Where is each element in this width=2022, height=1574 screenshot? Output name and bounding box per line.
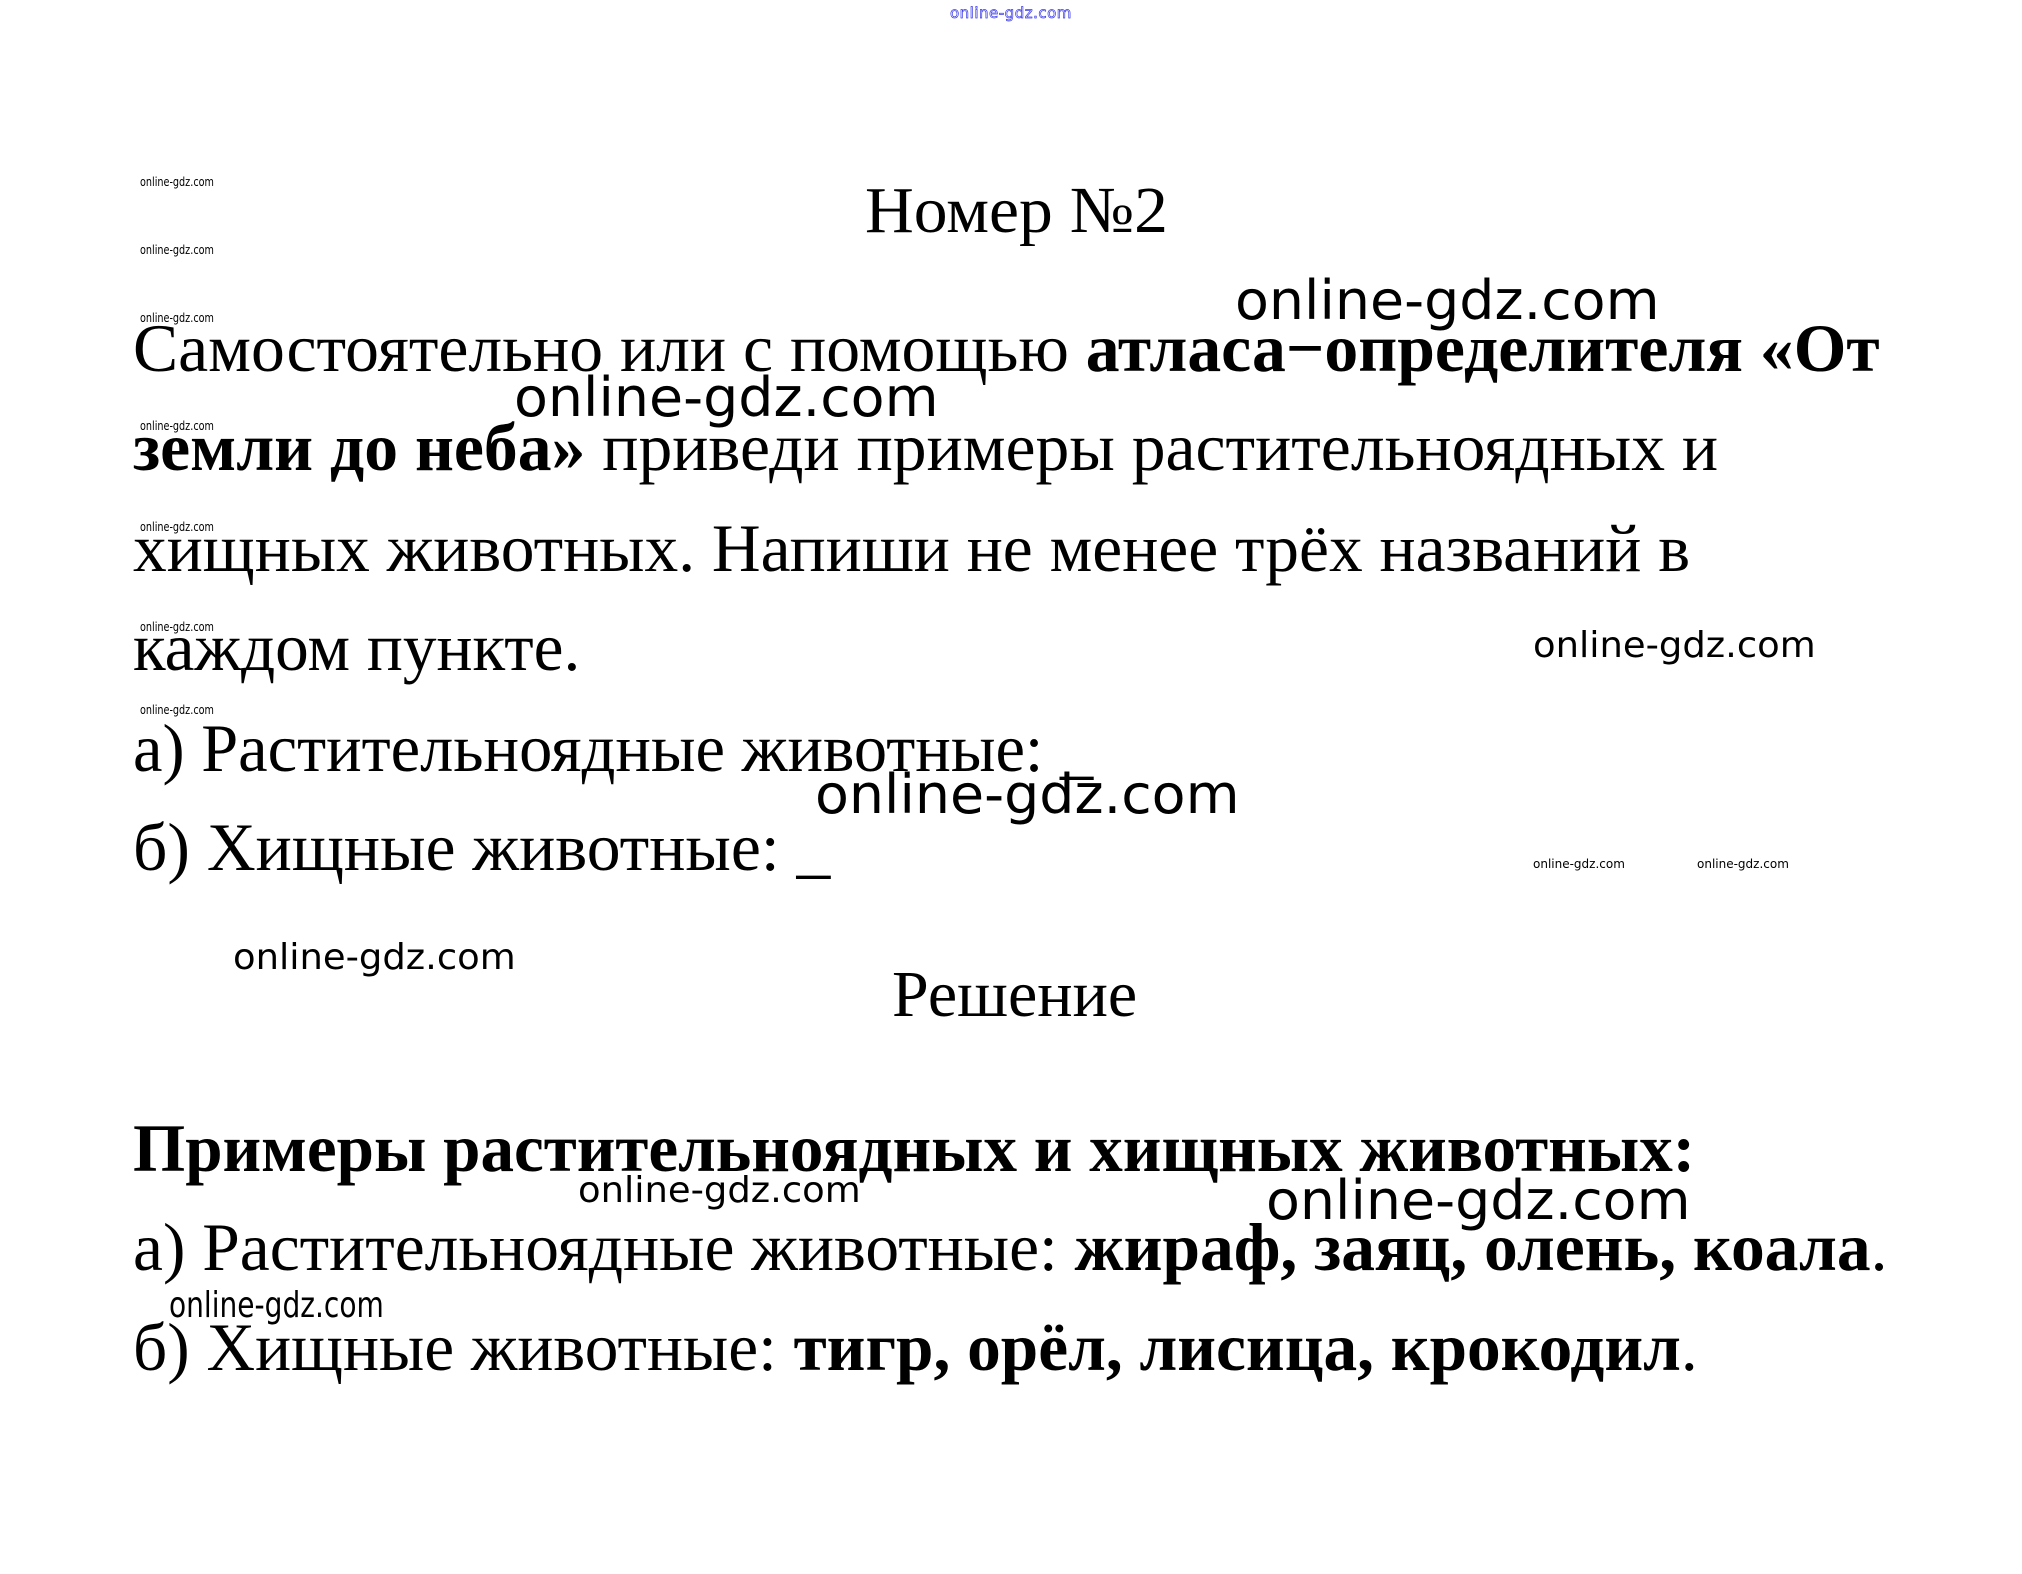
header-watermark: online-gdz.com [950, 4, 1072, 22]
watermark: online-gdz.com [514, 371, 939, 425]
watermark: online-gdz.com [169, 1288, 384, 1324]
answer-a-label: а) Растительноядные животные: [133, 1209, 1075, 1285]
watermark: online-gdz.com [1697, 858, 1789, 870]
watermark: online-gdz.com [140, 312, 214, 324]
watermark: online-gdz.com [1533, 628, 1816, 664]
task-line-3: хищных животных. Напиши не менее трёх на… [133, 514, 1690, 582]
solution-title: Решение [892, 962, 1137, 1028]
watermark: online-gdz.com [140, 244, 214, 256]
watermark: online-gdz.com [233, 940, 516, 976]
watermark: online-gdz.com [578, 1173, 861, 1209]
document-page: online-gdz.com Номер №2 Самостоятельно и… [0, 0, 2022, 1574]
watermark: online-gdz.com [140, 704, 214, 716]
watermark: online-gdz.com [1266, 1174, 1691, 1228]
answer-b-value: тигр, орёл, лисица, крокодил [794, 1309, 1681, 1385]
task-item-b: б) Хищные животные: _ [133, 813, 830, 881]
answer-a-end: . [1871, 1209, 1888, 1285]
answer-b-end: . [1681, 1309, 1698, 1385]
task-title: Номер №2 [865, 178, 1168, 244]
watermark: online-gdz.com [140, 176, 214, 188]
watermark: online-gdz.com [815, 768, 1240, 822]
line-segment: хищных животных. Напиши не менее трёх на… [133, 510, 1690, 586]
line-segment: б) Хищные животные: _ [133, 809, 830, 885]
watermark: online-gdz.com [140, 521, 214, 533]
watermark: online-gdz.com [140, 420, 214, 432]
watermark: online-gdz.com [140, 621, 214, 633]
watermark: online-gdz.com [1533, 858, 1625, 870]
watermark: online-gdz.com [1235, 274, 1660, 328]
